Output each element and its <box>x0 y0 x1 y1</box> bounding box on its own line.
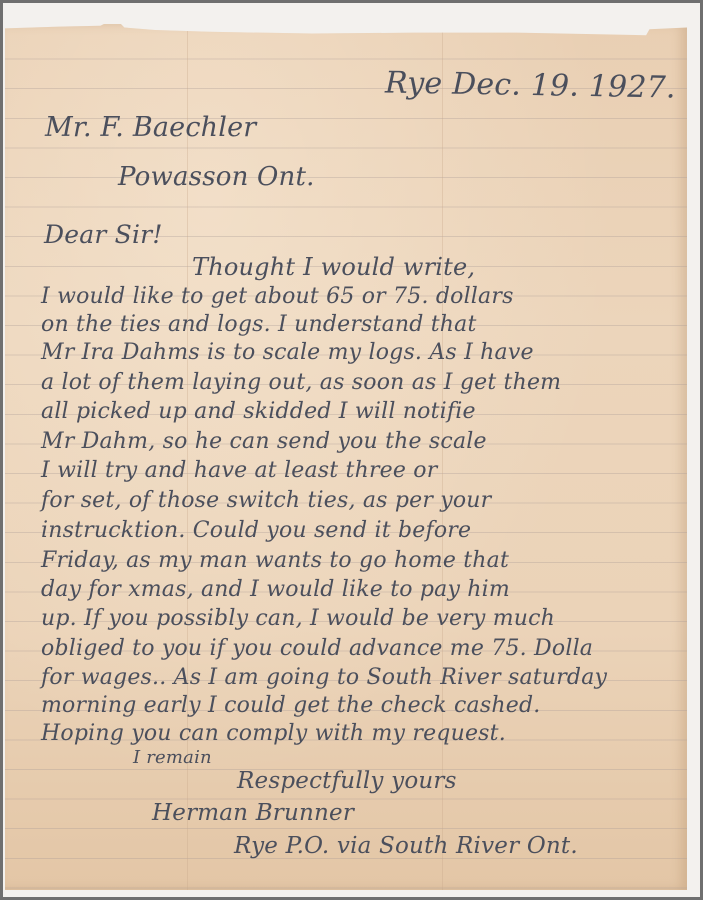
body-line: Hoping you can comply with my request. <box>41 721 506 746</box>
body-line: I will try and have at least three or <box>41 458 437 483</box>
body-line: day for xmas, and I would like to pay hi… <box>41 577 510 602</box>
body-line: Mr Dahm, so he can send you the scale <box>41 429 487 454</box>
body-line: Friday, as my man wants to go home that <box>41 548 509 573</box>
salutation: Dear Sir! <box>44 220 163 249</box>
recipient-name: Mr. F. Baechler <box>45 112 256 143</box>
body-line: obliged to you if you could advance me 7… <box>41 636 593 661</box>
body-line: a lot of them laying out, as soon as I g… <box>41 370 561 395</box>
body-line: Mr Ira Dahms is to scale my logs. As I h… <box>41 340 534 365</box>
body-line: Thought I would write, <box>192 253 475 281</box>
ruled-lines <box>5 24 687 890</box>
body-line: all picked up and skidded I will notifie <box>41 399 476 424</box>
closing-remain: I remain <box>133 747 212 768</box>
body-line: morning early I could get the check cash… <box>41 693 540 718</box>
fold-crease <box>442 24 443 890</box>
signature: Herman Brunner <box>152 800 354 826</box>
sender-address: Rye P.O. via South River Ont. <box>234 833 578 859</box>
letter-date: Rye Dec. 19. 1927. <box>385 65 676 105</box>
body-line: I would like to get about 65 or 75. doll… <box>41 284 514 309</box>
body-line: on the ties and logs. I understand that <box>41 312 477 337</box>
body-line: up. If you possibly can, I would be very… <box>41 606 555 631</box>
body-line: for set, of those switch ties, as per yo… <box>41 488 491 513</box>
body-line: instrucktion. Could you send it before <box>41 518 471 543</box>
scan-frame: Rye Dec. 19. 1927. Mr. F. Baechler Powas… <box>3 3 700 897</box>
recipient-place: Powasson Ont. <box>118 162 315 192</box>
body-line: for wages.. As I am going to South River… <box>41 665 607 690</box>
closing-respectfully: Respectfully yours <box>237 768 457 794</box>
letter-paper: Rye Dec. 19. 1927. Mr. F. Baechler Powas… <box>5 24 687 890</box>
